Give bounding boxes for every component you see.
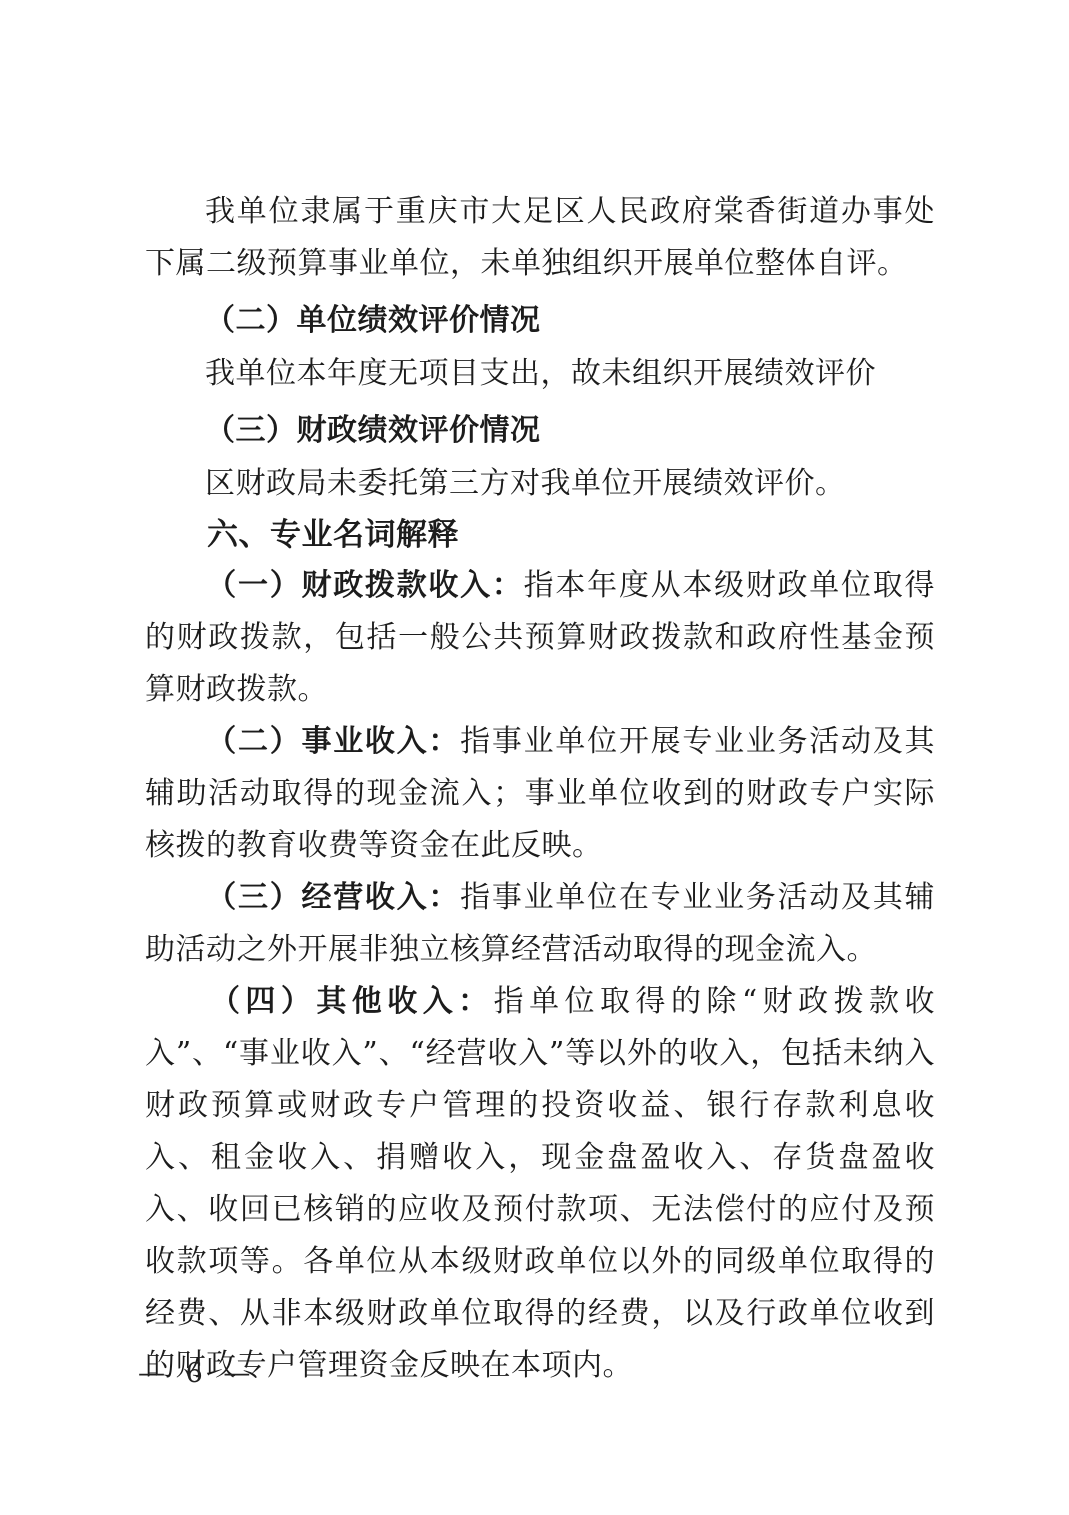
heading-finance-performance-evaluation: （三）财政绩效评价情况 <box>145 404 935 458</box>
term-business-operation-income: （三）经营收入：指事业单位在专业业务活动及其辅助活动之外开展非独立核算经营活动取… <box>145 872 935 976</box>
document-page: 我单位隶属于重庆市大足区人民政府棠香街道办事处下属二级预算事业单位，未单独组织开… <box>145 186 935 1392</box>
term-label-business-income: （二）事业收入： <box>205 724 460 759</box>
term-label-operating-income: （三）经营收入： <box>205 880 460 915</box>
term-definition-other-income: 指单位取得的除“财政拨款收入”、“事业收入”、“经营收入”等以外的收入，包括未纳… <box>145 984 935 1383</box>
section-heading-terminology: 六、专业名词解释 <box>145 510 935 560</box>
paragraph-unit-performance-evaluation: 我单位本年度无项目支出，故未组织开展绩效评价 <box>145 348 935 400</box>
paragraph-finance-performance-evaluation: 区财政局未委托第三方对我单位开展绩效评价。 <box>145 458 935 510</box>
term-fiscal-appropriation-income: （一）财政拨款收入：指本年度从本级财政单位取得的财政拨款，包括一般公共预算财政拨… <box>145 560 935 716</box>
intro-paragraph: 我单位隶属于重庆市大足区人民政府棠香街道办事处下属二级预算事业单位，未单独组织开… <box>145 186 935 290</box>
term-label-fiscal-appropriation-income: （一）财政拨款收入： <box>205 568 524 603</box>
term-other-income: （四）其他收入：指单位取得的除“财政拨款收入”、“事业收入”、“经营收入”等以外… <box>145 976 935 1392</box>
heading-unit-performance-evaluation: （二）单位绩效评价情况 <box>145 294 935 348</box>
term-operating-income-public: （二）事业收入：指事业单位开展专业业务活动及其辅助活动取得的现金流入；事业单位收… <box>145 716 935 872</box>
page-number: — 6 — <box>138 1358 256 1389</box>
term-label-other-income: （四）其他收入： <box>205 984 494 1019</box>
